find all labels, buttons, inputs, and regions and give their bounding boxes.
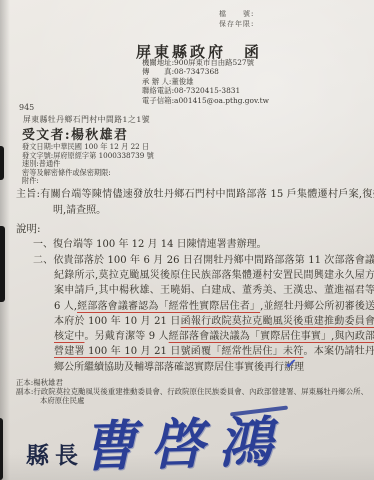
file-reference-block: 檔 號: 保存年限:: [219, 10, 254, 29]
body-text: 。另戴育潔等 9 人: [84, 331, 168, 342]
retention-period-label: 保存年限:: [219, 20, 254, 30]
checkmark-annotation: ✓: [303, 359, 307, 374]
item-text-segments: 依貴部落於 100 年 6 月 26 日召開牡丹鄉中間路部落第 11 次部落會議…: [53, 255, 374, 373]
agency-fax: 傳 真:08-7347368: [142, 67, 269, 76]
subject-label: 主旨:: [16, 189, 40, 200]
agency-address: 機關地址:900屏東市自由路527號: [142, 58, 269, 67]
subject-text: 有關台端等陳情儘速發放牡丹鄉石門村中間路部落 15 戶集體遷村戶案,復如說明,請…: [40, 189, 374, 216]
photo-background: 檔 號: 保存年限: 屏東縣政府 函 機關地址:900屏東市自由路527號 傳 …: [0, 0, 374, 480]
red-underlined-text: 經部落會議審認為「經常性實際居住者」: [77, 301, 260, 312]
attachment-label: 附件:: [22, 177, 154, 186]
cc-label: 副本:: [16, 387, 33, 396]
agency-contact-person: 承 辦 人:董俊雄: [142, 77, 269, 86]
item-number: 一、: [33, 239, 53, 250]
security-class: 密等及解密條件或保密期限:: [22, 169, 154, 178]
file-number-label: 檔 號:: [219, 10, 254, 20]
item-number: 二、: [33, 255, 53, 266]
postal-code: 945: [19, 103, 34, 112]
paper-edge-shadow: [0, 146, 4, 180]
mayor-title: 縣長: [26, 437, 84, 470]
paper-edge-shadow: [0, 226, 5, 302]
original-copy-line: 正本:楊秋雄君: [16, 378, 368, 387]
explanation-heading: 說明:: [16, 221, 41, 236]
item-text: 復台端等 100 年 12 月 14 日陳情連署書辦理。: [53, 239, 267, 250]
explanation-item-2: 二、依貴部落於 100 年 6 月 26 日召開牡丹鄉中間路部落第 11 次部落…: [33, 253, 374, 376]
document-meta-block: 發文日期:中華民國 100 年 12 月 22 日 發文字號:屏府原經字第 10…: [22, 143, 154, 186]
subject-paragraph: 主旨:有關台端等陳情儘速發放牡丹鄉石門村中間路部落 15 戶集體遷村戶案,復如說…: [16, 187, 374, 219]
agency-phone: 聯絡電話:08-7320415-3831: [142, 86, 269, 95]
agency-email: 電子信箱:a001415@oa.pthg.gov.tw: [142, 96, 269, 105]
paper-edge-shadow: [0, 418, 3, 480]
recipient-name-line: 受文者:楊秋雄君: [22, 124, 128, 143]
agency-info-block: 機關地址:900屏東市自由路527號 傳 真:08-7347368 承 辦 人:…: [142, 58, 269, 105]
document-paper: 檔 號: 保存年限: 屏東縣政府 函 機關地址:900屏東市自由路527號 傳 …: [0, 0, 374, 480]
explanation-item-1: 一、復台端等 100 年 12 月 14 日陳情連署書辦理。: [33, 237, 374, 253]
